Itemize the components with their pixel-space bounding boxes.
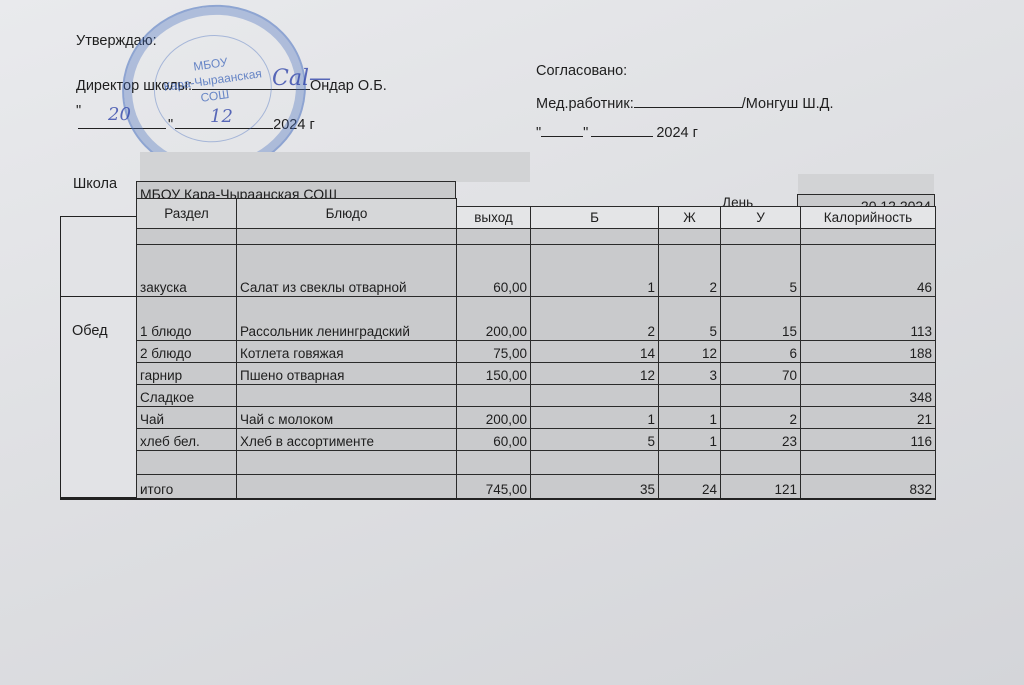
column-header-dish: Блюдо — [236, 198, 457, 229]
med-line: Мед.работник:/Монгуш Ш.Д. — [536, 97, 834, 112]
row-kcal-cell: 348 — [800, 384, 936, 407]
row-yield-cell: 60,00 — [456, 244, 531, 297]
row-u-cell — [720, 450, 801, 475]
column-header-section: Раздел — [136, 198, 237, 229]
table-bottom-border — [60, 498, 936, 500]
row-section-cell — [136, 450, 237, 475]
approval-date-line: " — [76, 104, 81, 119]
school-label: Школа — [73, 177, 117, 192]
row-dish-cell: Котлета говяжая — [236, 340, 457, 363]
column-header-zh: Ж — [658, 206, 721, 229]
row-zh-cell — [658, 384, 721, 407]
row-dish-cell — [236, 384, 457, 407]
column-header-u: У — [720, 206, 801, 229]
agreement-year: 2024 г — [656, 125, 698, 141]
row-section-cell: Чай — [136, 406, 237, 429]
row-kcal-cell: 188 — [800, 340, 936, 363]
row-dish-cell: Хлеб в ассортименте — [236, 428, 457, 451]
row-kcal-cell: 116 — [800, 428, 936, 451]
row-u-cell: 5 — [720, 244, 801, 297]
row-u-cell: 23 — [720, 428, 801, 451]
row-b-cell: 2 — [530, 296, 659, 341]
header-band — [140, 152, 530, 182]
med-label: Мед.работник: — [536, 96, 634, 112]
row-u-cell — [720, 384, 801, 407]
total-kcal-cell: 832 — [800, 474, 936, 499]
agreement-date-line: ""2024 г — [536, 126, 698, 141]
row-zh-cell: 1 — [658, 428, 721, 451]
row-section-cell: гарнир — [136, 362, 237, 385]
quote-close: " — [583, 125, 588, 141]
agreement-month-field — [591, 136, 653, 137]
row-zh-cell: 12 — [658, 340, 721, 363]
row-b-cell: 12 — [530, 362, 659, 385]
row-zh-cell: 3 — [658, 362, 721, 385]
row-u-cell: 70 — [720, 362, 801, 385]
agreement-day-field — [541, 136, 583, 137]
row-yield-cell: 60,00 — [456, 428, 531, 451]
row-yield-cell: 75,00 — [456, 340, 531, 363]
row-kcal-cell — [800, 362, 936, 385]
row-b-cell: 14 — [530, 340, 659, 363]
row-zh-cell: 2 — [658, 244, 721, 297]
row-dish-cell — [236, 450, 457, 475]
row-u-cell: 15 — [720, 296, 801, 341]
document-page: Утверждаю: Директор школы:Ондар О.Б. " "… — [0, 0, 1024, 685]
row-kcal-cell: 113 — [800, 296, 936, 341]
row-dish-cell: Салат из свеклы отварной — [236, 244, 457, 297]
blank-cell — [236, 228, 457, 245]
total-zh-cell: 24 — [658, 474, 721, 499]
row-zh-cell: 5 — [658, 296, 721, 341]
column-header-yield: выход — [456, 206, 531, 229]
row-dish-cell: Чай с молоком — [236, 406, 457, 429]
row-section-cell: 1 блюдо — [136, 296, 237, 341]
meal-column — [60, 216, 136, 498]
row-yield-cell: 150,00 — [456, 362, 531, 385]
blank-cell — [456, 228, 531, 245]
row-u-cell: 2 — [720, 406, 801, 429]
meal-divider — [60, 296, 136, 297]
blank-cell — [136, 228, 237, 245]
row-dish-cell: Рассольник ленинградский — [236, 296, 457, 341]
row-yield-cell: 200,00 — [456, 296, 531, 341]
row-b-cell: 1 — [530, 406, 659, 429]
blank-cell — [658, 228, 721, 245]
total-u-cell: 121 — [720, 474, 801, 499]
blank-cell — [800, 228, 936, 245]
row-section-cell: закуска — [136, 244, 237, 297]
quote-open: " — [536, 125, 541, 141]
total-dish-cell — [236, 474, 457, 499]
column-header-b: Б — [530, 206, 659, 229]
agreed-label: Согласовано: — [536, 64, 627, 79]
blank-cell — [720, 228, 801, 245]
blank-cell — [530, 228, 659, 245]
med-signature-line — [634, 107, 742, 108]
row-zh-cell — [658, 450, 721, 475]
row-kcal-cell: 46 — [800, 244, 936, 297]
row-b-cell: 1 — [530, 244, 659, 297]
quote-open: " — [76, 103, 81, 119]
row-kcal-cell: 21 — [800, 406, 936, 429]
row-zh-cell: 1 — [658, 406, 721, 429]
director-signature: Cal— — [272, 66, 331, 91]
day-band — [798, 174, 934, 194]
row-section-cell: хлеб бел. — [136, 428, 237, 451]
med-name: /Монгуш Ш.Д. — [742, 96, 834, 112]
row-b-cell: 5 — [530, 428, 659, 451]
row-b-cell — [530, 384, 659, 407]
total-yield-cell: 745,00 — [456, 474, 531, 499]
row-b-cell — [530, 450, 659, 475]
row-u-cell: 6 — [720, 340, 801, 363]
row-dish-cell: Пшено отварная — [236, 362, 457, 385]
row-section-cell: Сладкое — [136, 384, 237, 407]
handwritten-month: 12 — [210, 106, 233, 127]
total-b-cell: 35 — [530, 474, 659, 499]
row-yield-cell: 200,00 — [456, 406, 531, 429]
row-yield-cell — [456, 450, 531, 475]
row-section-cell: 2 блюдо — [136, 340, 237, 363]
handwritten-day: 20 — [108, 104, 131, 125]
total-section-cell: итого — [136, 474, 237, 499]
column-header-kcal: Калорийность — [800, 206, 936, 229]
row-yield-cell — [456, 384, 531, 407]
meal-label: Обед — [72, 324, 108, 339]
row-kcal-cell — [800, 450, 936, 475]
